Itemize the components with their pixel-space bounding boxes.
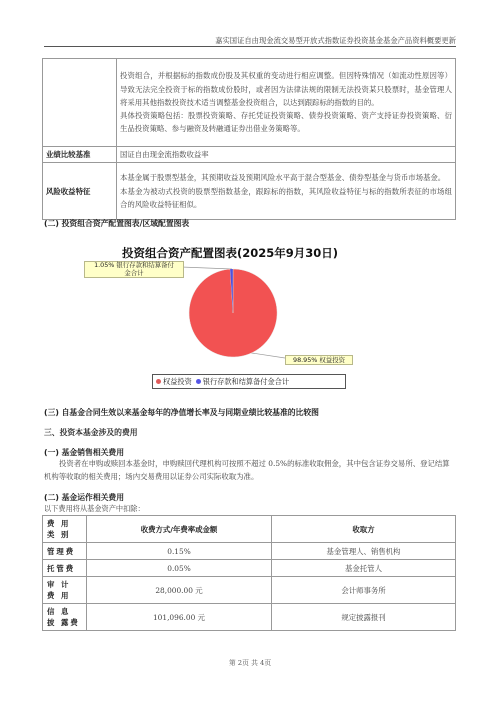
page-number: 第 2页 共 4页 [0, 657, 500, 667]
fee-type: 管理费 [43, 543, 87, 560]
table-row: 业绩比较基准 国证自由现金流指数收益率 [43, 147, 456, 163]
strategy-table: 投资组合，并根据标的指数成份股及其权重的变动进行相应调整。但因特殊情况（如流动性… [42, 58, 456, 220]
table-row: 管理费 0.15% 基金管理人、销售机构 [43, 543, 456, 560]
section-heading-nav-comparison: (三) 自基金合同生效以来基金每年的净值增长率及与同期业绩比较基准的比较图 [44, 407, 319, 418]
header-fee-type: 费 用 类 别 [43, 516, 87, 543]
legend-item-bank-deposits: 银行存款和结算备付金合计 [196, 377, 289, 387]
callout-equity: 98.95% 权益投资 [285, 355, 353, 365]
fee-table: 费 用 类 别 收费方式/年费率或金额 收取方 管理费 0.15% 基金管理人、… [42, 515, 456, 631]
fee-type: 审 计 费 用 [43, 577, 87, 604]
document-header-title: 嘉实国证自由现金流交易型开放式指数证券投资基金基金产品资料概要更新 [180, 36, 456, 46]
fee-amount: 101,096.00 元 [87, 604, 272, 631]
header-fee-recipient: 收取方 [272, 516, 456, 543]
table-row: 审 计 费 用 28,000.00 元 会计师事务所 [43, 577, 456, 604]
table-header-row: 费 用 类 别 收费方式/年费率或金额 收取方 [43, 516, 456, 543]
legend-item-equity: 权益投资 [156, 377, 192, 387]
callout-bank-deposits: 1.05% 银行存款和结算备付 金合计 [84, 261, 184, 278]
operating-fees-note: 以下费用将从基金资产中扣除： [44, 502, 145, 515]
section-heading-fees: 三、投资本基金涉及的费用 [44, 427, 138, 438]
strategy-paragraph: 具体投资策略包括：股票投资策略、存托凭证投资策略、债券投资策略、资产支持证券投资… [120, 109, 452, 135]
table-row: 投资组合，并根据标的指数成份股及其权重的变动进行相应调整。但因特殊情况（如流动性… [43, 59, 456, 147]
chart-legend: 权益投资 银行存款和结算备付金合计 [152, 374, 346, 389]
fee-recipient: 基金管理人、销售机构 [272, 543, 456, 560]
fee-amount: 0.05% [87, 560, 272, 577]
fee-type: 托管费 [43, 560, 87, 577]
row-label: 风险收益特征 [43, 163, 117, 220]
header-fee-method: 收费方式/年费率或金额 [87, 516, 272, 543]
fee-amount: 28,000.00 元 [87, 577, 272, 604]
row-value: 投资组合，并根据标的指数成份股及其权重的变动进行相应调整。但因特殊情况（如流动性… [117, 59, 456, 147]
fee-recipient: 基金托管人 [272, 560, 456, 577]
fee-recipient: 规定披露报刊 [272, 604, 456, 631]
sales-fees-paragraph: 投资者在申购或赎回本基金时，申购赎回代理机构可按照不超过 0.5%的标准收取佣金… [44, 457, 456, 483]
strategy-paragraph: 投资组合，并根据标的指数成份股及其权重的变动进行相应调整。但因特殊情况（如流动性… [120, 69, 452, 109]
legend-dot-icon [196, 379, 201, 384]
row-label: 业绩比较基准 [43, 147, 117, 163]
fee-recipient: 会计师事务所 [272, 577, 456, 604]
fee-amount: 0.15% [87, 543, 272, 560]
legend-dot-icon [156, 379, 161, 384]
row-label [43, 59, 117, 147]
table-row: 信 息 披 露费 101,096.00 元 规定披露报刊 [43, 604, 456, 631]
legend-label: 银行存款和结算备付金合计 [203, 377, 289, 387]
fee-type: 信 息 披 露费 [43, 604, 87, 631]
table-row: 托管费 0.05% 基金托管人 [43, 560, 456, 577]
risk-paragraph: 本基金属于股票型基金，其预期收益及预期风险水平高于混合型基金、债券型基金与货币市… [120, 171, 452, 184]
risk-paragraph: 本基金为被动式投资的股票型指数基金，跟踪标的指数，其风险收益特征与标的指数所表征… [120, 185, 452, 211]
table-row: 风险收益特征 本基金属于股票型基金，其预期收益及预期风险水平高于混合型基金、债券… [43, 163, 456, 220]
header-rule [44, 46, 456, 47]
row-value: 国证自由现金流指数收益率 [117, 147, 456, 163]
row-value: 本基金属于股票型基金，其预期收益及预期风险水平高于混合型基金、债券型基金与货币市… [117, 163, 456, 220]
legend-label: 权益投资 [163, 377, 192, 387]
callout-line: 金合计 [87, 270, 181, 278]
section-heading-asset-allocation: (二) 投资组合资产配置图表/区域配置图表 [44, 218, 189, 229]
